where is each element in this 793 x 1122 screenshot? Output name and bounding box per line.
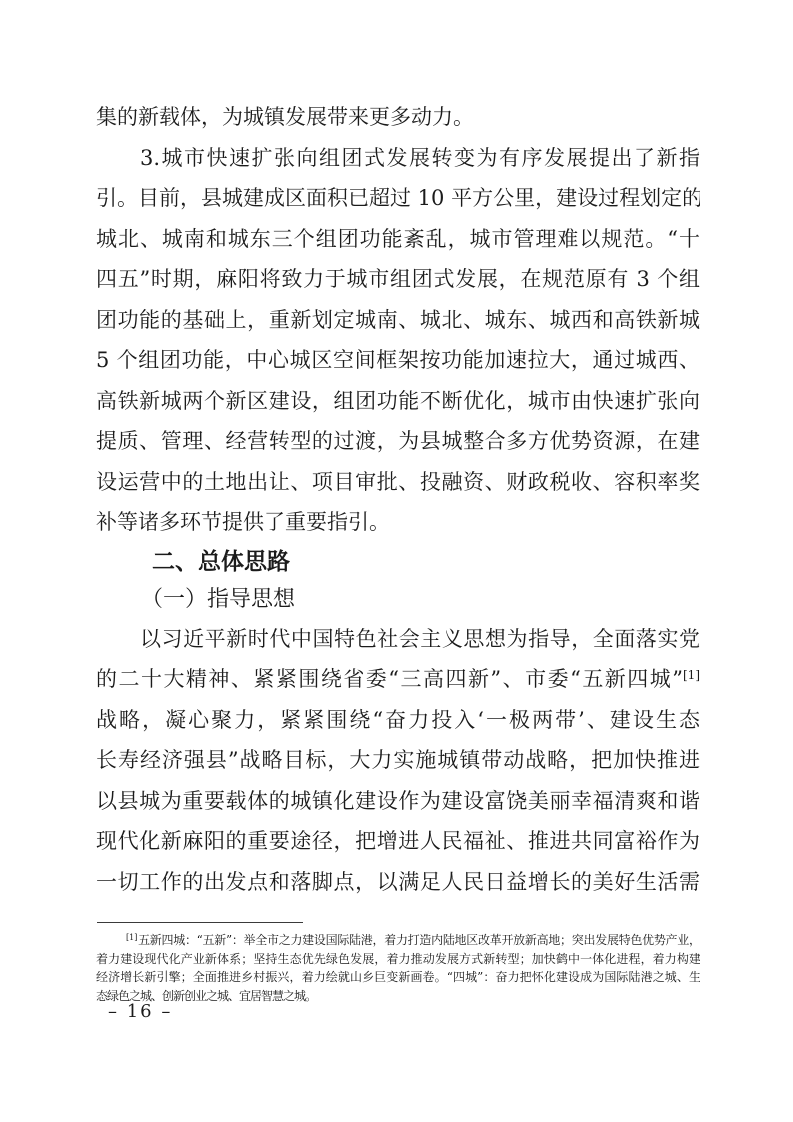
paragraph-continuation: 集的新载体，为城镇发展带来更多动力。 xyxy=(96,97,700,138)
text-line: 一切工作的出发点和落脚点，以满足人民日益增长的美好生活需 xyxy=(96,862,700,903)
footnote-line: 着力建设现代化产业新体系；坚持生态优先绿色发展，着力推动发展方式新转型；加快鹤中… xyxy=(96,950,700,969)
text-line: 现代化新麻阳的重要途径，把增进人民福祉、推进共同富裕作为 xyxy=(96,821,700,862)
paragraph-guiding-ideology: 以习近平新时代中国特色社会主义思想为指导，全面落实党 的二十大精神、紧紧围绕省委… xyxy=(96,619,700,903)
footnote-text: 五新四城：“五新”：举全市之力建设国际陆港，着力打造内陆地区改革开放新高地；突出… xyxy=(137,933,700,947)
text-line: 补等诸多环节提供了重要指引。 xyxy=(96,502,700,543)
text-line: 战略，凝心聚力，紧紧围绕“奋力投入‘一极两带’、建设生态 xyxy=(96,700,700,741)
footnote-reference-1: [1] xyxy=(683,668,700,682)
text-line: 3.城市快速扩张向组团式发展转变为有序发展提出了新指 xyxy=(96,138,700,179)
text-line-with-footnote-ref: 的二十大精神、紧紧围绕省委“三高四新”、市委“五新四城”[1] xyxy=(96,659,700,700)
text-line: 引。目前，县城建成区面积已超过 10 平方公里，建设过程划定的 xyxy=(96,178,700,219)
page-number: – 16 – xyxy=(108,1000,172,1024)
subsection-heading-guiding-ideology: （一）指导思想 xyxy=(96,581,700,619)
footnote-line: 态绿色之城、创新创业之城、宜居智慧之城。 xyxy=(96,987,700,1006)
footnote-block: [1]五新四城：“五新”：举全市之力建设国际陆港，着力打造内陆地区改革开放新高地… xyxy=(96,916,700,1005)
document-page: 集的新载体，为城镇发展带来更多动力。 3.城市快速扩张向组团式发展转变为有序发展… xyxy=(0,0,793,1122)
text-line: 集的新载体，为城镇发展带来更多动力。 xyxy=(96,97,700,138)
body-text-block: 集的新载体，为城镇发展带来更多动力。 3.城市快速扩张向组团式发展转变为有序发展… xyxy=(96,97,700,902)
text-line: 以习近平新时代中国特色社会主义思想为指导，全面落实党 xyxy=(96,619,700,660)
paragraph-city-expansion: 3.城市快速扩张向组团式发展转变为有序发展提出了新指 引。目前，县城建成区面积已… xyxy=(96,138,700,543)
text-line: 长寿经济强县”战略目标，大力实施城镇带动战略，把加快推进 xyxy=(96,740,700,781)
text-line: 四五”时期，麻阳将致力于城市组团式发展，在规范原有 3 个组 xyxy=(96,259,700,300)
footnote-line: 经济增长新引擎；全面推进乡村振兴，着力绘就山乡巨变新画卷。“四城”：奋力把怀化建… xyxy=(96,968,700,987)
text-line: 城北、城南和城东三个组团功能紊乱，城市管理难以规范。“十 xyxy=(96,219,700,260)
section-heading-overall-approach: 二、总体思路 xyxy=(96,543,700,581)
text-line: 以县城为重要载体的城镇化建设作为建设富饶美丽幸福清爽和谐 xyxy=(96,781,700,822)
text-line-main: 的二十大精神、紧紧围绕省委“三高四新”、市委“五新四城” xyxy=(96,667,683,691)
text-line: 高铁新城两个新区建设，组团功能不断优化，城市由快速扩张向 xyxy=(96,381,700,422)
text-line: 5 个组团功能，中心城区空间框架按功能加速拉大，通过城西、 xyxy=(96,340,700,381)
footnote-separator-rule xyxy=(97,922,303,923)
text-line: 设运营中的土地出让、项目审批、投融资、财政税收、容积率奖 xyxy=(96,462,700,503)
text-line: 提质、管理、经营转型的过渡，为县城整合多方优势资源，在建 xyxy=(96,421,700,462)
text-line: 团功能的基础上，重新划定城南、城北、城东、城西和高铁新城 xyxy=(96,300,700,341)
footnote-line: [1]五新四城：“五新”：举全市之力建设国际陆港，着力打造内陆地区改革开放新高地… xyxy=(96,931,700,950)
footnote-marker-1: [1] xyxy=(126,933,137,942)
